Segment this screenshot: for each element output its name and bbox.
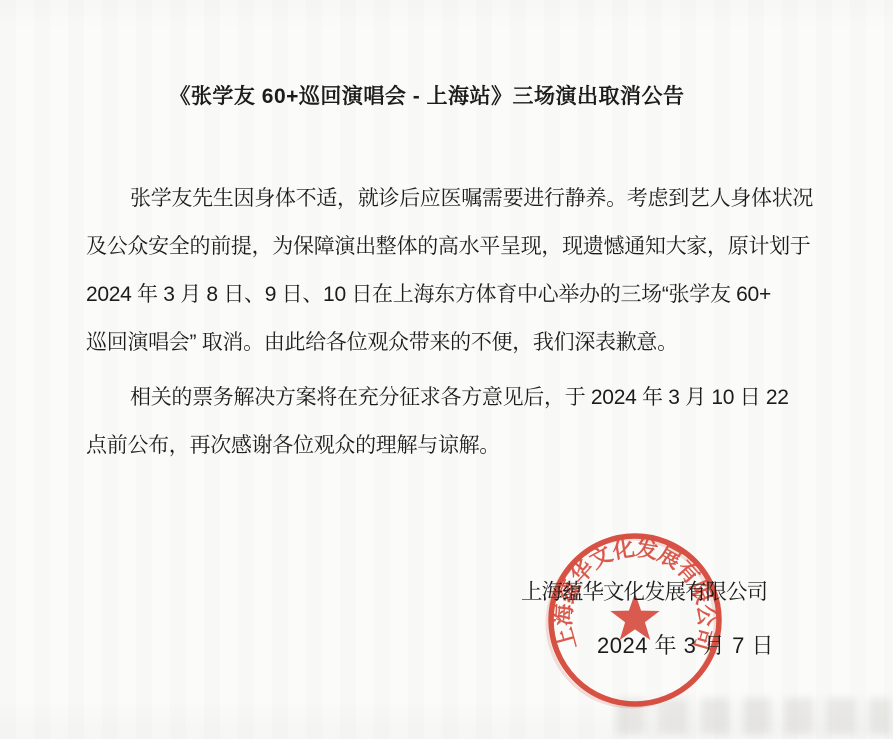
company-seal-stamp: 上海蕴华文化发展有限公司 <box>535 520 735 720</box>
body-line-6: 点前公布，再次感谢各位观众的理解与谅解。 <box>86 429 846 459</box>
body-line-4: 巡回演唱会” 取消。由此给各位观众带来的不便，我们深表歉意。 <box>86 326 846 356</box>
signature-date: 2024 年 3 月 7 日 <box>597 629 774 660</box>
signature-company-name: 上海蕴华文化发展有限公司 <box>521 575 767 606</box>
body-line-1: 张学友先生因身体不适，就诊后应医嘱需要进行静养。考虑到艺人身体状况 <box>86 182 890 212</box>
body-line-3: 2024 年 3 月 8 日、9 日、10 日在上海东方体育中心举办的三场“张学… <box>86 278 846 308</box>
body-line-5: 相关的票务解决方案将在充分征求各方意见后，于 2024 年 3 月 10 日 2… <box>86 381 890 411</box>
announcement-document: 《张学友 60+巡回演唱会 - 上海站》三场演出取消公告 张学友先生因身体不适，… <box>0 0 893 739</box>
page-title: 《张学友 60+巡回演唱会 - 上海站》三场演出取消公告 <box>0 80 854 110</box>
body-line-2: 及公众安全的前提，为保障演出整体的高水平呈现，现遗憾通知大家，原计划于 <box>86 230 846 260</box>
